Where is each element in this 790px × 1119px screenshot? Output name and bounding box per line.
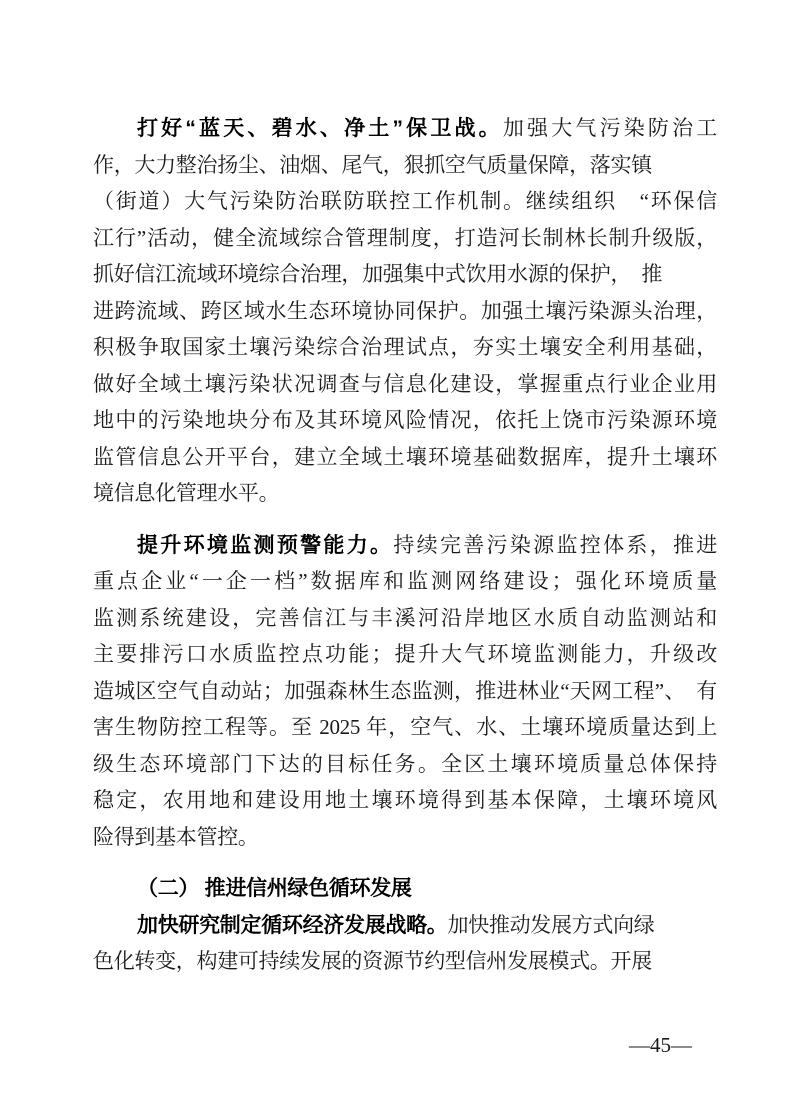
text-line: 加快研究制定循环经济发展战略。加快推动发展方式向绿 — [93, 907, 717, 944]
text-line: 作，大力整治扬尘、油烟、尾气，狠抓空气质量保障，落实镇 — [93, 147, 717, 184]
text-line: 害生物防控工程等。至 2025 年，空气、水、土壤环境质量达到上 — [93, 709, 717, 746]
text-line: 积极争取国家土壤污染综合治理试点，夯实土壤安全利用基础， — [93, 329, 717, 366]
text-line: （二） 推进信州绿色循环发展 — [93, 870, 717, 907]
text-line: 级生态环境部门下达的目标任务。全区土壤环境质量总体保持 — [93, 746, 717, 783]
text-line: 抓好信江流域环境综合治理，加强集中式饮用水源的保护， 推 — [93, 256, 717, 293]
text-line: 进跨流域、跨区域水生态环境协同保护。加强土壤污染源头治理， — [93, 293, 717, 330]
text-line: 稳定，农用地和建设用地土壤环境得到基本保障，土壤环境风 — [93, 782, 717, 819]
body-text: （街道）大气污染防治联防联控工作机制。继续组织 “环保信 — [93, 189, 717, 213]
bold-lead-text: 打好“蓝天、碧水、净土”保卫战。 — [137, 117, 503, 140]
text-line: 监测系统建设，完善信江与丰溪河沿岸地区水质自动监测站和 — [93, 600, 717, 637]
text-line: 主要排污口水质监控点功能；提升大气环境监测能力，升级改 — [93, 636, 717, 673]
body-text: 险得到基本管控。 — [93, 825, 259, 849]
document-content: 打好“蓝天、碧水、净土”保卫战。加强大气污染防治工作，大力整治扬尘、油烟、尾气，… — [93, 110, 717, 995]
body-text: 监测系统建设，完善信江与丰溪河沿岸地区水质自动监测站和 — [93, 606, 717, 630]
text-line: 做好全域土壤污染状况调查与信息化建设，掌握重点行业企业用 — [93, 366, 717, 403]
text-line: 打好“蓝天、碧水、净土”保卫战。加强大气污染防治工 — [93, 110, 717, 147]
text-line: 险得到基本管控。 — [93, 819, 717, 856]
body-text: 抓好信江流域环境综合治理，加强集中式饮用水源的保护， 推 — [93, 262, 662, 286]
body-text: 江行”活动，健全流域综合管理制度，打造河长制林长制升级版， — [93, 226, 717, 250]
bold-lead-text: 提升环境监测预警能力。 — [137, 534, 393, 557]
text-line: 江行”活动，健全流域综合管理制度，打造河长制林长制升级版， — [93, 220, 717, 257]
body-text: 加快推动发展方式向绿 — [448, 913, 655, 937]
text-line: 重点企业“一企一档”数据库和监测网络建设；强化环境质量 — [93, 563, 717, 600]
text-line: 提升环境监测预警能力。持续完善污染源监控体系，推进 — [93, 527, 717, 564]
body-text: 监管信息公开平台，建立全域土壤环境基础数据库，提升土壤环 — [93, 445, 717, 469]
body-text: 积极争取国家土壤污染综合治理试点，夯实土壤安全利用基础， — [93, 335, 717, 359]
paragraph: 加快研究制定循环经济发展战略。加快推动发展方式向绿色化转变，构建可持续发展的资源… — [93, 907, 717, 980]
body-text: 进跨流域、跨区域水生态环境协同保护。加强土壤污染源头治理， — [93, 299, 717, 323]
bold-lead-text: （二） 推进信州绿色循环发展 — [137, 877, 412, 900]
body-text: 造城区空气自动站；加强森林生态监测，推进林业“天网工程”、 有 — [93, 679, 717, 703]
body-text: 持续完善污染源监控体系，推进 — [393, 533, 717, 557]
body-text: 色化转变，构建可持续发展的资源节约型信州发展模式。开展 — [93, 949, 652, 973]
text-line: 境信息化管理水平。 — [93, 475, 717, 512]
body-text: 害生物防控工程等。至 2025 年，空气、水、土壤环境质量达到上 — [93, 715, 717, 739]
bold-lead-text: 加快研究制定循环经济发展战略。 — [137, 914, 448, 937]
body-text: 重点企业“一企一档”数据库和监测网络建设；强化环境质量 — [93, 569, 717, 593]
text-line: 监管信息公开平台，建立全域土壤环境基础数据库，提升土壤环 — [93, 439, 717, 476]
body-text: 做好全域土壤污染状况调查与信息化建设，掌握重点行业企业用 — [93, 372, 717, 396]
text-line: （街道）大气污染防治联防联控工作机制。继续组织 “环保信 — [93, 183, 717, 220]
text-line: 色化转变，构建可持续发展的资源节约型信州发展模式。开展 — [93, 943, 717, 980]
body-text: 作，大力整治扬尘、油烟、尾气，狠抓空气质量保障，落实镇 — [93, 153, 652, 177]
paragraph: 打好“蓝天、碧水、净土”保卫战。加强大气污染防治工作，大力整治扬尘、油烟、尾气，… — [93, 110, 717, 512]
text-line: 造城区空气自动站；加强森林生态监测，推进林业“天网工程”、 有 — [93, 673, 717, 710]
text-line: 地中的污染地块分布及其环境风险情况，依托上饶市污染源环境 — [93, 402, 717, 439]
body-text: 稳定，农用地和建设用地土壤环境得到基本保障，土壤环境风 — [93, 788, 717, 812]
document-page: 打好“蓝天、碧水、净土”保卫战。加强大气污染防治工作，大力整治扬尘、油烟、尾气，… — [0, 0, 790, 1119]
paragraph: 提升环境监测预警能力。持续完善污染源监控体系，推进重点企业“一企一档”数据库和监… — [93, 527, 717, 856]
body-text: 境信息化管理水平。 — [93, 481, 279, 505]
body-text: 加强大气污染防治工 — [503, 116, 717, 140]
page-number: —45— — [629, 1032, 692, 1058]
body-text: 地中的污染地块分布及其环境风险情况，依托上饶市污染源环境 — [93, 408, 717, 432]
section-heading: （二） 推进信州绿色循环发展 — [93, 870, 717, 907]
body-text: 主要排污口水质监控点功能；提升大气环境监测能力，升级改 — [93, 642, 717, 666]
body-text: 级生态环境部门下达的目标任务。全区土壤环境质量总体保持 — [93, 752, 717, 776]
